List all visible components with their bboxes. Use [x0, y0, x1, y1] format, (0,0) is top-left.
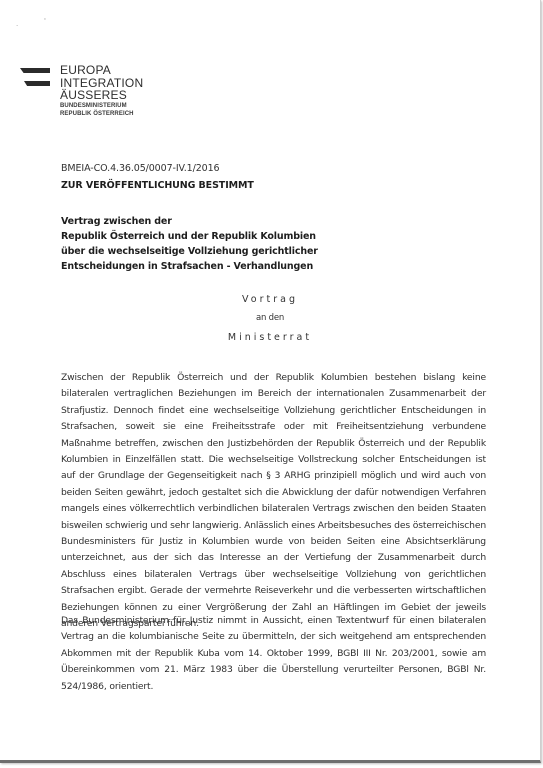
heading-vortrag: Vortrag	[0, 294, 540, 305]
logo-line-europa: EUROPA	[60, 64, 143, 77]
title-line: über die wechselseitige Vollziehung geri…	[61, 244, 318, 259]
document-title: Vertrag zwischen der Republik Österreich…	[61, 214, 318, 274]
scan-artifact: '	[44, 17, 46, 25]
title-line: Vertrag zwischen der	[61, 214, 318, 229]
logo-line-aeusseres: ÄUSSERES	[60, 89, 143, 102]
logo-bar-bottom	[24, 81, 50, 86]
logo-line-republik: REPUBLIK ÖSTERREICH	[60, 110, 143, 118]
body-paragraph-1: Zwischen der Republik Österreich und der…	[61, 370, 486, 633]
scan-artifact: ·	[16, 22, 18, 30]
document-reference-number: BMEIA-CO.4.36.05/0007-IV.1/2016	[61, 163, 219, 174]
document-page: · ' EUROPA INTEGRATION ÄUSSERES BUNDESMI…	[0, 0, 541, 763]
logo-line-bundesministerium: BUNDESMINISTERIUM	[60, 102, 143, 110]
austrian-flag-bars-icon	[20, 68, 52, 94]
body-paragraph-2: Das Bundesministerium für Justiz nimmt i…	[61, 613, 486, 695]
heading-an-den: an den	[0, 313, 540, 323]
heading-ministerrat: Ministerrat	[0, 332, 540, 343]
logo-text: EUROPA INTEGRATION ÄUSSERES BUNDESMINIST…	[60, 64, 143, 118]
title-line: Republik Österreich und der Republik Kol…	[61, 229, 318, 244]
ministry-logo: EUROPA INTEGRATION ÄUSSERES BUNDESMINIST…	[20, 68, 160, 128]
publication-note: ZUR VERÖFFENTLICHUNG BESTIMMT	[61, 180, 254, 191]
title-line: Entscheidungen in Strafsachen - Verhandl…	[61, 259, 318, 274]
logo-bar-top	[20, 68, 50, 73]
